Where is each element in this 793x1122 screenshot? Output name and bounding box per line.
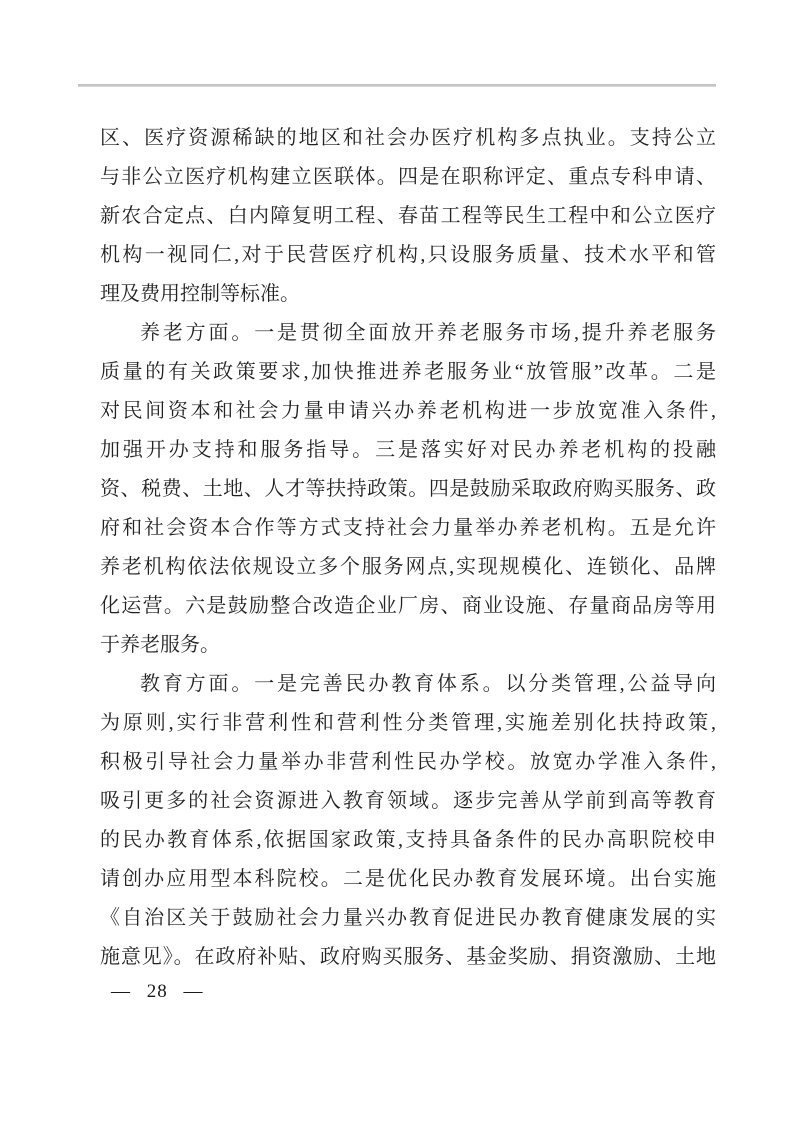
text-line: 机构一视同仁,对于民营医疗机构,只设服务质量、技术水平和管 xyxy=(100,236,716,275)
text-line: 理及费用控制等标准。 xyxy=(100,275,716,314)
text-line: 于养老服务。 xyxy=(100,626,716,665)
text-line: 吸引更多的社会资源进入教育领域。逐步完善从学前到高等教育 xyxy=(100,782,716,821)
text-line: 养老方面。一是贯彻全面放开养老服务市场,提升养老服务 xyxy=(100,314,716,353)
text-line: 请创办应用型本科院校。二是优化民办教育发展环境。出台实施 xyxy=(100,860,716,899)
text-line: 为原则,实行非营利性和营利性分类管理,实施差别化扶持政策, xyxy=(100,704,716,743)
text-line: 养老机构依法依规设立多个服务网点,实现规模化、连锁化、品牌 xyxy=(100,548,716,587)
text-line: 《自治区关于鼓励社会力量兴办教育促进民办教育健康发展的实 xyxy=(100,899,716,938)
text-line: 加强开办支持和服务指导。三是落实好对民办养老机构的投融 xyxy=(100,431,716,470)
text-block: 区、医疗资源稀缺的地区和社会办医疗机构多点执业。支持公立 与非公立医疗机构建立医… xyxy=(100,119,716,977)
text-line: 区、医疗资源稀缺的地区和社会办医疗机构多点执业。支持公立 xyxy=(100,119,716,158)
text-line: 积极引导社会力量举办非营利性民办学校。放宽办学准入条件, xyxy=(100,743,716,782)
text-line: 化运营。六是鼓励整合改造企业厂房、商业设施、存量商品房等用 xyxy=(100,587,716,626)
text-line: 新农合定点、白内障复明工程、春苗工程等民生工程中和公立医疗 xyxy=(100,197,716,236)
text-line: 府和社会资本合作等方式支持社会力量举办养老机构。五是允许 xyxy=(100,509,716,548)
text-line: 教育方面。一是完善民办教育体系。以分类管理,公益导向 xyxy=(100,665,716,704)
text-line: 质量的有关政策要求,加快推进养老服务业“放管服”改革。二是 xyxy=(100,353,716,392)
page-number: — 28 — xyxy=(111,977,204,1007)
text-line: 与非公立医疗机构建立医联体。四是在职称评定、重点专科申请、 xyxy=(100,158,716,197)
text-line: 的民办教育体系,依据国家政策,支持具备条件的民办高职院校申 xyxy=(100,821,716,860)
text-line: 对民间资本和社会力量申请兴办养老机构进一步放宽准入条件, xyxy=(100,392,716,431)
header-rule xyxy=(78,84,716,87)
text-line: 施意见》。在政府补贴、政府购买服务、基金奖励、捐资激励、土地 xyxy=(100,938,716,977)
document-page: 区、医疗资源稀缺的地区和社会办医疗机构多点执业。支持公立 与非公立医疗机构建立医… xyxy=(0,0,793,1122)
text-line: 资、税费、土地、人才等扶持政策。四是鼓励采取政府购买服务、政 xyxy=(100,470,716,509)
